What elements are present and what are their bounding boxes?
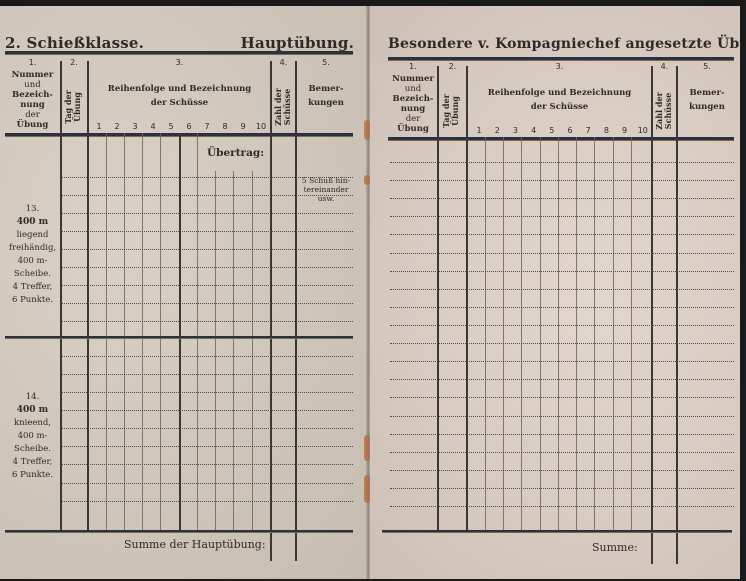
title-rule xyxy=(388,57,734,60)
col4-header-label: Zahl derSchüsse xyxy=(655,86,673,136)
right-page: Besondere v. Kompagniechef angesetzte Üb… xyxy=(370,6,740,579)
sum-label: Summe der Hauptübung: xyxy=(124,538,266,551)
left-page: 2. Schießklasse. Hauptübung. 1. Nummer u… xyxy=(0,6,368,579)
right-page-title: Besondere v. Kompagniechef angesetzte Üb… xyxy=(388,36,740,52)
col2-header-number: 2. xyxy=(60,58,88,70)
bottom-rule xyxy=(382,530,732,532)
exercise-13-label: 13. 400 m liegend freihändig, 400 m- Sch… xyxy=(5,203,60,307)
exercise-14-label: 14. 400 m knieend, 400 m- Scheibe. 4 Tre… xyxy=(5,391,60,482)
col3-header: 3. Reihenfolge und Bezeichnung der Schüs… xyxy=(467,62,652,114)
col4-header-number: 4. xyxy=(652,62,677,74)
sum-label: Summe: xyxy=(592,541,638,554)
col1-header: 1. Nummer und Bezeich- nung der Übung xyxy=(5,58,60,130)
shot-number-row: 1 2 3 4 5 6 7 8 9 10 xyxy=(90,122,270,131)
col5-header: 5. Bemer- kungen xyxy=(677,62,737,114)
shot-number-row: 1 2 3 4 5 6 7 8 9 10 xyxy=(470,126,652,135)
title-rule xyxy=(5,51,353,54)
special-exercises-entry-grid[interactable] xyxy=(388,140,734,528)
sum-shots-cell[interactable] xyxy=(271,534,295,558)
col2-header-number: 2. xyxy=(438,62,467,74)
col4-header-number: 4. xyxy=(271,58,296,70)
col5-header: 5. Bemer- kungen xyxy=(296,58,356,110)
col1-header: 1. Nummer und Bezeich- nung der Übung xyxy=(388,62,438,134)
col2-header-label: Tag derÜbung xyxy=(64,82,82,132)
left-page-subtitle: Hauptübung. xyxy=(241,34,354,52)
col4-header-label: Zahl derSchüsse xyxy=(274,82,292,132)
col3-header: 3. Reihenfolge und Bezeichnung der Schüs… xyxy=(88,58,271,110)
left-page-title: 2. Schießklasse. xyxy=(5,34,144,52)
sum-shots-cell[interactable] xyxy=(652,534,676,562)
exercise-13-entry-grid[interactable] xyxy=(61,136,353,336)
col2-header-label: Tag derÜbung xyxy=(442,86,460,136)
bottom-rule xyxy=(5,530,353,532)
exercise-divider xyxy=(5,336,353,338)
exercise-14-entry-grid[interactable] xyxy=(61,339,353,529)
